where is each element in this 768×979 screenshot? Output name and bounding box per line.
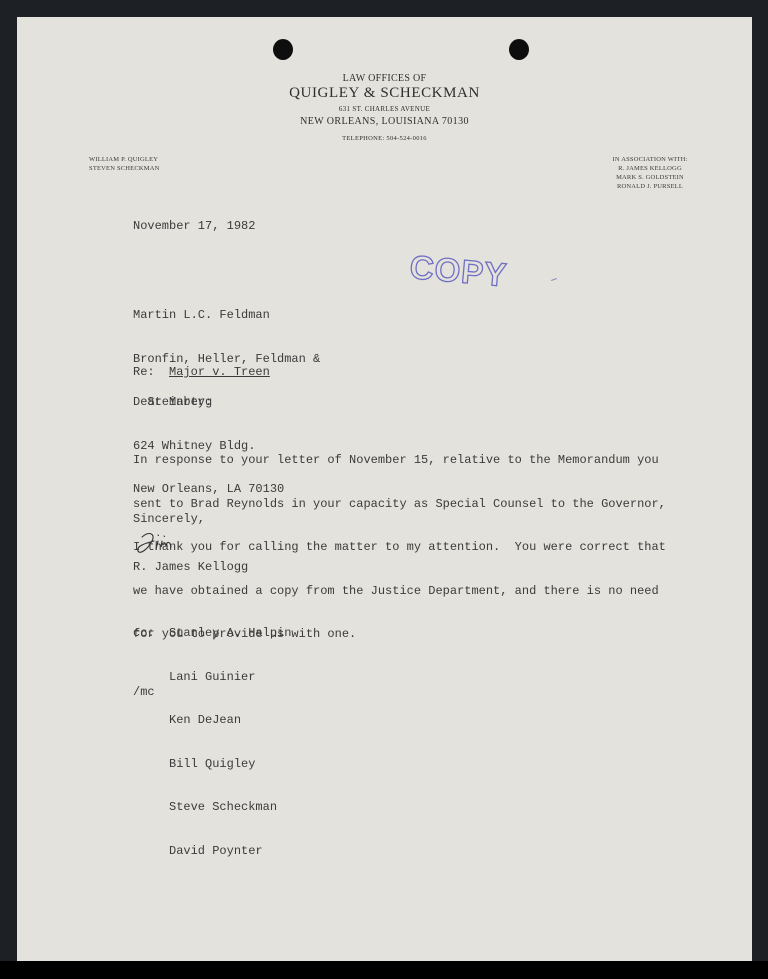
letter-page: LAW OFFICES OF QUIGLEY & SCHECKMAN 631 S… — [17, 17, 752, 961]
body-line: I thank you for calling the matter to my… — [133, 540, 666, 555]
associates-list-right: IN ASSOCIATION WITH: R. JAMES KELLOGG MA… — [602, 155, 698, 191]
letterhead-city: NEW ORLEANS, LOUISIANA 70130 — [17, 116, 752, 127]
partner-name: STEVEN SCHECKMAN — [89, 164, 160, 173]
body-line: sent to Brad Reynolds in your capacity a… — [133, 497, 666, 512]
address-line: Bronfin, Heller, Feldman & — [133, 352, 320, 367]
signer-name: R. James Kellogg — [133, 560, 248, 575]
hole-punch-left — [273, 39, 293, 60]
letterhead-firm-name: QUIGLEY & SCHECKMAN — [17, 85, 752, 102]
associate-name: RONALD J. PURSELL — [602, 182, 698, 191]
cc-line: Bill Quigley — [133, 757, 291, 772]
cc-line: cc: Stanley A. Halpin — [133, 626, 291, 641]
salutation: Dear Marty: — [133, 395, 212, 410]
cc-line: David Poynter — [133, 844, 291, 859]
letter-date: November 17, 1982 — [133, 219, 255, 234]
closing: Sincerely, — [133, 512, 205, 527]
associate-name: MARK S. GOLDSTEIN — [602, 173, 698, 182]
subject-label: Re: — [133, 365, 169, 379]
copy-stamp: COPY — [408, 248, 508, 294]
body-line: we have obtained a copy from the Justice… — [133, 584, 666, 599]
cc-line: Steve Scheckman — [133, 800, 291, 815]
subject-line: Re: Major v. Treen — [133, 365, 270, 380]
scan-border-bottom — [0, 961, 768, 979]
partner-name: WILLIAM P. QUIGLEY — [89, 155, 160, 164]
handwritten-signature — [134, 529, 194, 561]
associate-name: R. JAMES KELLOGG — [602, 164, 698, 173]
partners-list-left: WILLIAM P. QUIGLEY STEVEN SCHECKMAN — [89, 155, 160, 173]
stamp-mark — [551, 278, 557, 281]
cc-list: cc: Stanley A. Halpin Lani Guinier Ken D… — [133, 597, 291, 887]
typist-initials: /mc — [133, 685, 155, 700]
association-heading: IN ASSOCIATION WITH: — [602, 155, 698, 164]
body-line: In response to your letter of November 1… — [133, 453, 666, 468]
address-line: Martin L.C. Feldman — [133, 308, 320, 323]
subject-title: Major v. Treen — [169, 365, 270, 379]
letterhead-street: 631 ST. CHARLES AVENUE — [17, 105, 752, 113]
cc-line: Ken DeJean — [133, 713, 291, 728]
hole-punch-right — [509, 39, 529, 60]
cc-line: Lani Guinier — [133, 670, 291, 685]
letterhead-phone: TELEPHONE: 504-524-0016 — [17, 135, 752, 142]
letterhead-law-offices: LAW OFFICES OF — [17, 73, 752, 84]
